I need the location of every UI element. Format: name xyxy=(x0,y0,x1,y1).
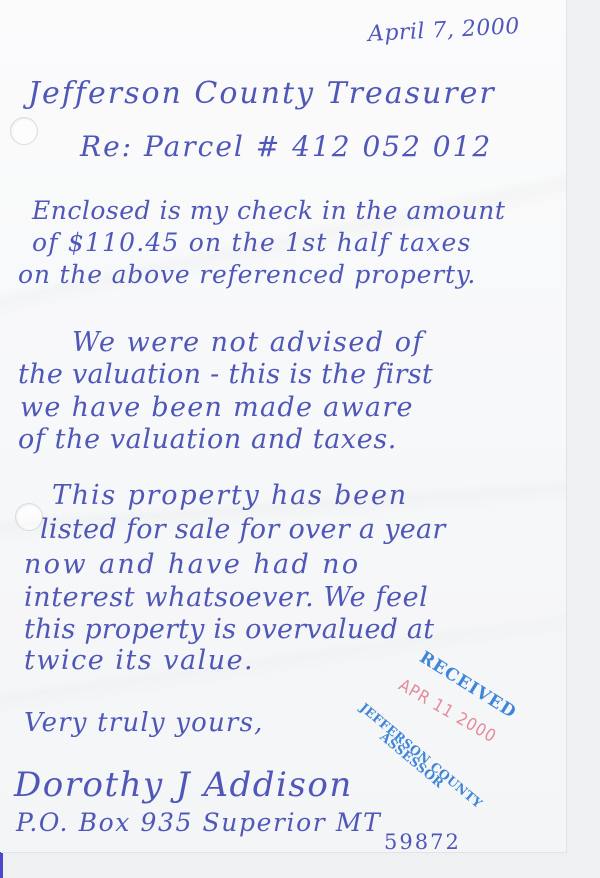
paragraph-line: of $110.45 on the 1st half taxes xyxy=(32,228,472,257)
paragraph-line: on the above referenced property. xyxy=(18,260,476,289)
letter-date: April 7, 2000 xyxy=(367,14,520,47)
paragraph-line: the valuation - this is the first xyxy=(18,359,433,390)
paragraph-line: twice its value. xyxy=(24,645,254,676)
paragraph-line: now and have had no xyxy=(24,549,361,580)
paragraph-line: Enclosed is my check in the amount xyxy=(32,196,505,225)
letter-subject: Re: Parcel # 412 052 012 xyxy=(80,130,492,163)
scanner-edge xyxy=(0,852,3,878)
paragraph-line: we have been made aware xyxy=(20,392,414,423)
paragraph-line: interest whatsoever. We feel xyxy=(24,582,428,613)
paragraph-line: this property is overvalued at xyxy=(24,614,434,645)
paragraph-line: We were not advised of xyxy=(72,327,424,358)
signature: Dorothy J Addison xyxy=(14,765,353,805)
paragraph-line: listed for sale for over a year xyxy=(40,514,446,545)
letter-recipient: Jefferson County Treasurer xyxy=(28,76,496,111)
hole-punch-middle xyxy=(15,503,43,531)
sender-zip: 59872 xyxy=(384,830,461,852)
paragraph-line: This property has been xyxy=(52,480,408,511)
sender-address: P.O. Box 935 Superior MT xyxy=(16,808,381,837)
letter-closing: Very truly yours, xyxy=(24,708,264,738)
letter-page: April 7, 2000 Jefferson County Treasurer… xyxy=(0,0,566,852)
paragraph-line: of the valuation and taxes. xyxy=(18,424,397,455)
hole-punch-top xyxy=(10,117,38,145)
